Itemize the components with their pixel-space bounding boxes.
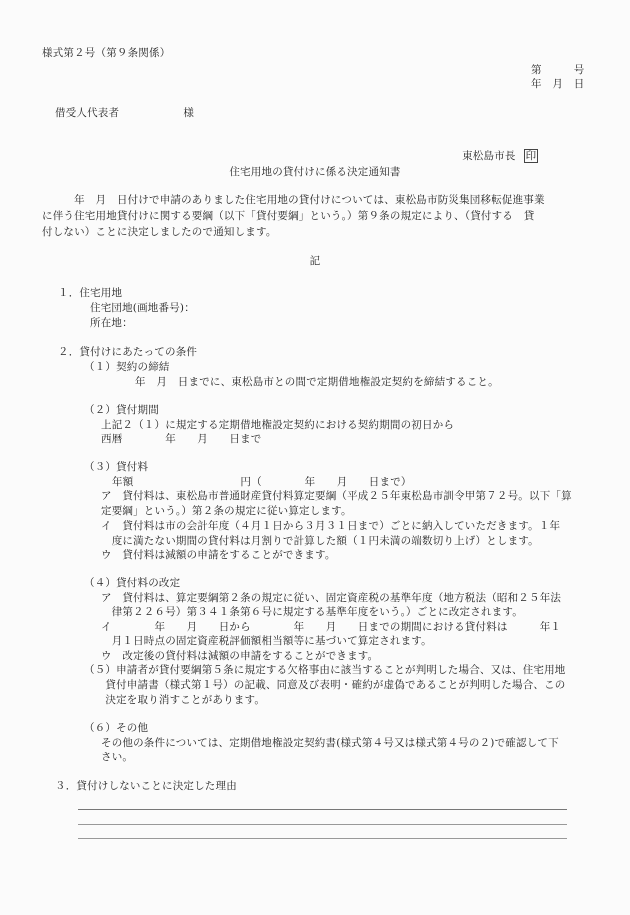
annual-fee-line: 年額 円（ 年 月 日まで） <box>112 476 412 489</box>
issue-date: 年 月 日 <box>531 78 585 91</box>
issuer: 東松島市長 <box>462 150 516 162</box>
reason-blank-line <box>78 809 567 810</box>
sub3-line: 度に満たない期間の貸付料は月割りで計算した額（１円未満の端数切り上げ）とします。 <box>101 535 539 548</box>
sub2-heading: （２）貸付期間 <box>84 404 159 417</box>
sub5-line: 貸付申請書（様式第１号）の記載、同意及び表明・確約が虚偽であることが判明した場合… <box>84 679 566 692</box>
sub3-line: ウ 貸付料は減額の申請をすることができます。 <box>101 549 336 562</box>
issuer-line: 東松島市長印 <box>455 136 538 163</box>
reason-blank-line <box>78 838 567 839</box>
addressee: 借受人代表者 様 <box>55 107 194 120</box>
document-title: 住宅用地の貸付けに係る決定通知書 <box>0 166 630 179</box>
section2-heading: ２．貸付けにあたっての条件 <box>58 346 197 359</box>
sub1-line: 年 月 日までに、東松島市との間で定期借地権設定契約を締結すること。 <box>135 376 499 389</box>
sub1-heading: （１）契約の締結 <box>84 361 170 374</box>
sub5-line: （５）申請者が貸付要綱第５条に規定する欠格事由に該当することが判明した場合、又は… <box>84 664 566 677</box>
sub2-line: 西暦 年 月 日まで <box>101 433 262 446</box>
sub3-line: 定要綱」という。）第２条の規定に従い算定します。 <box>101 505 352 518</box>
sub4-line: ウ 改定後の貸付料は減額の申請をすることができます。 <box>101 650 378 663</box>
intro-line: 付しない）ことに決定しましたので通知します。 <box>42 226 277 239</box>
sub6-heading: （６）その他 <box>84 722 148 735</box>
location-field: 所在地： <box>90 317 133 330</box>
seal-stamp: 印 <box>524 149 539 163</box>
sub3-heading: （３）貸付料 <box>84 461 148 474</box>
sub6-line: さい。 <box>101 751 133 764</box>
sub4-heading: （４）貸付料の改定 <box>84 577 180 590</box>
ki-heading: 記 <box>0 255 630 268</box>
sub3-line: ア 貸付料は、東松島市普通財産貸付料算定要綱（平成２５年東松島市訓令甲第７２号。… <box>101 490 572 503</box>
reason-blank-line <box>78 824 567 825</box>
sub3-line: イ 貸付料は市の会計年度（４月１日から３月３１日まで）ごとに納入していただきます… <box>101 520 560 533</box>
sub4-line: 律第２２６号）第３４１条第６号に規定する基準年度をいう。）ごとに改定されます。 <box>101 606 523 619</box>
intro-line: に伴う住宅用地貸付けに関する要綱（以下「貸付要綱」という。）第９条の規定により、… <box>42 210 534 223</box>
sub4-line: イ 年 月 日から 年 月 日までの期間における貸付料は 年１ <box>101 621 561 634</box>
section3-heading: ３．貸付けしないことに決定した理由 <box>55 780 237 793</box>
housing-estate-field: 住宅団地(画地番号)： <box>90 302 195 315</box>
sub5-line: 決定を取り消すことがあります。 <box>84 694 265 707</box>
sub6-line: その他の条件については、定期借地権設定契約書(様式第４号又は様式第４号の２)で確… <box>101 737 559 750</box>
document-number: 第 号 <box>531 64 585 77</box>
sub2-line: 上記２（１）に規定する定期借地権設定契約における契約期間の初日から <box>101 419 454 432</box>
form-number: 様式第２号（第９条関係） <box>42 47 170 60</box>
intro-line: 年 月 日付けで申請のありました住宅用地の貸付けについては、東松島市防災集団移転… <box>42 194 545 207</box>
sub4-line: 月１日時点の固定資産税評価額相当額等に基づいて算定されます。 <box>101 635 432 648</box>
sub4-line: ア 貸付料は、算定要綱第２条の規定に従い、固定資産税の基準年度（地方税法（昭和２… <box>101 592 561 605</box>
section1-heading: １．住宅用地 <box>58 287 122 300</box>
